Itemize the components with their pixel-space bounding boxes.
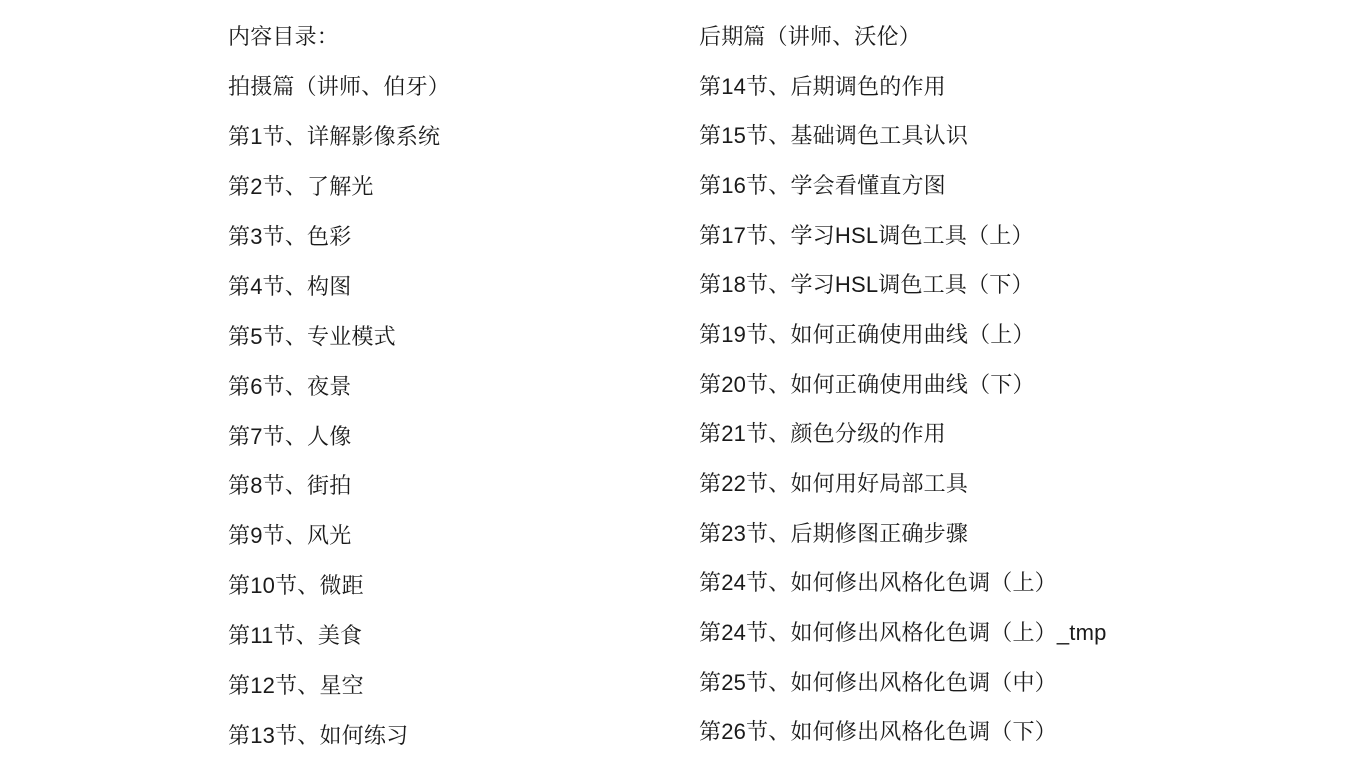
- toc-line: 第23节、后期修图正确步骤: [699, 509, 1107, 559]
- toc-line: 第26节、如何修出风格化色调（下）: [699, 707, 1107, 757]
- toc-section-heading-shooting: 拍摄篇（讲师、伯牙）: [228, 62, 450, 112]
- toc-line: 第13节、如何练习: [228, 711, 450, 761]
- toc-line: 第2节、了解光: [228, 162, 450, 212]
- toc-line: 第5节、专业模式: [228, 312, 450, 362]
- toc-line: 第1节、详解影像系统: [228, 112, 450, 162]
- toc-line: 第17节、学习HSL调色工具（上）: [699, 211, 1107, 261]
- toc-line: 第22节、如何用好局部工具: [699, 459, 1107, 509]
- toc-line: 第8节、街拍: [228, 461, 450, 511]
- toc-line: 第19节、如何正确使用曲线（上）: [699, 310, 1107, 360]
- toc-line: 第7节、人像: [228, 412, 450, 462]
- toc-line: 第6节、夜景: [228, 362, 450, 412]
- toc-line: 第16节、学会看懂直方图: [699, 161, 1107, 211]
- toc-line: 第21节、颜色分级的作用: [699, 409, 1107, 459]
- toc-document: 内容目录： 拍摄篇（讲师、伯牙） 第1节、详解影像系统 第2节、了解光 第3节、…: [0, 0, 1350, 766]
- toc-line: 第14节、后期调色的作用: [699, 62, 1107, 112]
- toc-line: 第4节、构图: [228, 262, 450, 312]
- toc-column-shooting: 内容目录： 拍摄篇（讲师、伯牙） 第1节、详解影像系统 第2节、了解光 第3节、…: [228, 12, 450, 761]
- toc-line: 第9节、风光: [228, 511, 450, 561]
- toc-line: 第3节、色彩: [228, 212, 450, 262]
- toc-line: 第24节、如何修出风格化色调（上）: [699, 558, 1107, 608]
- toc-line: 第10节、微距: [228, 561, 450, 611]
- toc-line: 第12节、星空: [228, 661, 450, 711]
- toc-line: 第18节、学习HSL调色工具（下）: [699, 260, 1107, 310]
- toc-line-tmp-file: 第24节、如何修出风格化色调（上）_tmp: [699, 608, 1107, 658]
- toc-heading-contents: 内容目录：: [228, 12, 450, 62]
- toc-section-heading-postprocessing: 后期篇（讲师、沃伦）: [699, 12, 1107, 62]
- toc-line: 第20节、如何正确使用曲线（下）: [699, 360, 1107, 410]
- toc-column-postprocessing: 后期篇（讲师、沃伦） 第14节、后期调色的作用 第15节、基础调色工具认识 第1…: [699, 12, 1107, 757]
- toc-line: 第25节、如何修出风格化色调（中）: [699, 658, 1107, 708]
- toc-line: 第11节、美食: [228, 611, 450, 661]
- toc-line: 第15节、基础调色工具认识: [699, 111, 1107, 161]
